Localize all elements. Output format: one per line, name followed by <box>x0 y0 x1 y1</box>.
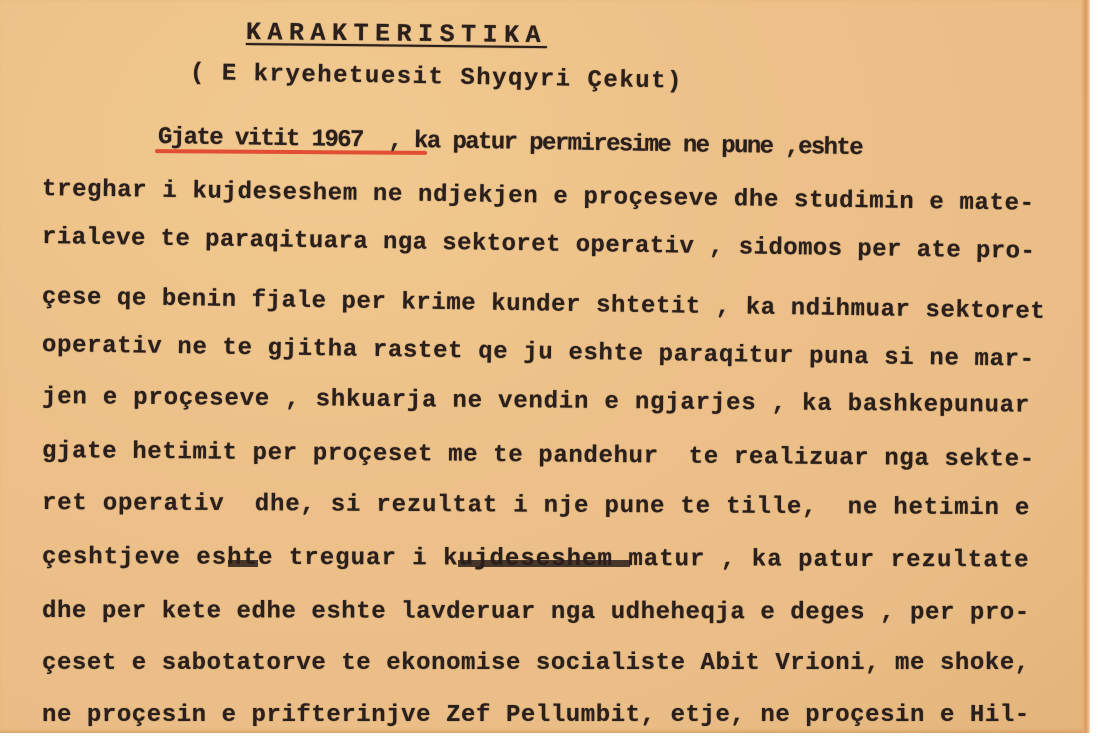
text-line: Gjate vitit 1967 , ka patur permiresime … <box>158 124 862 162</box>
page-edge <box>1082 0 1090 733</box>
text-line: çeset e sabotatorve te ekonomise sociali… <box>42 650 1030 677</box>
text-line: dhe per kete edhe eshte lavderuar nga ud… <box>42 598 1030 627</box>
strikethrough-mark <box>458 560 630 567</box>
document-subtitle: ( E kryehetuesit Shyqyri Çekut) <box>190 60 683 96</box>
text-line: gjate hetimit per proçeset me te pandehu… <box>42 438 1035 474</box>
text-line: çese qe benin fjale per krime kunder sht… <box>42 284 1046 326</box>
document-title: KARAKTERISTIKA <box>246 18 547 50</box>
text-line: rialeve te paraqituara nga sektoret oper… <box>42 224 1036 266</box>
text-line: ret operativ dhe, si rezultat i nje pune… <box>42 490 1030 522</box>
text-line: treghar i kujdeseshem ne ndjekjen e proç… <box>42 176 1035 218</box>
text-line: operativ ne te gjitha rastet qe ju eshte… <box>42 332 1035 374</box>
document-page: KARAKTERISTIKA ( E kryehetuesit Shyqyri … <box>0 0 1090 733</box>
text-line: jen e proçeseve , shkuarja ne vendin e n… <box>42 384 1030 420</box>
strikethrough-mark <box>228 560 258 567</box>
text-line: ne proçesin e prifterinjve Zef Pellumbit… <box>42 702 1030 729</box>
